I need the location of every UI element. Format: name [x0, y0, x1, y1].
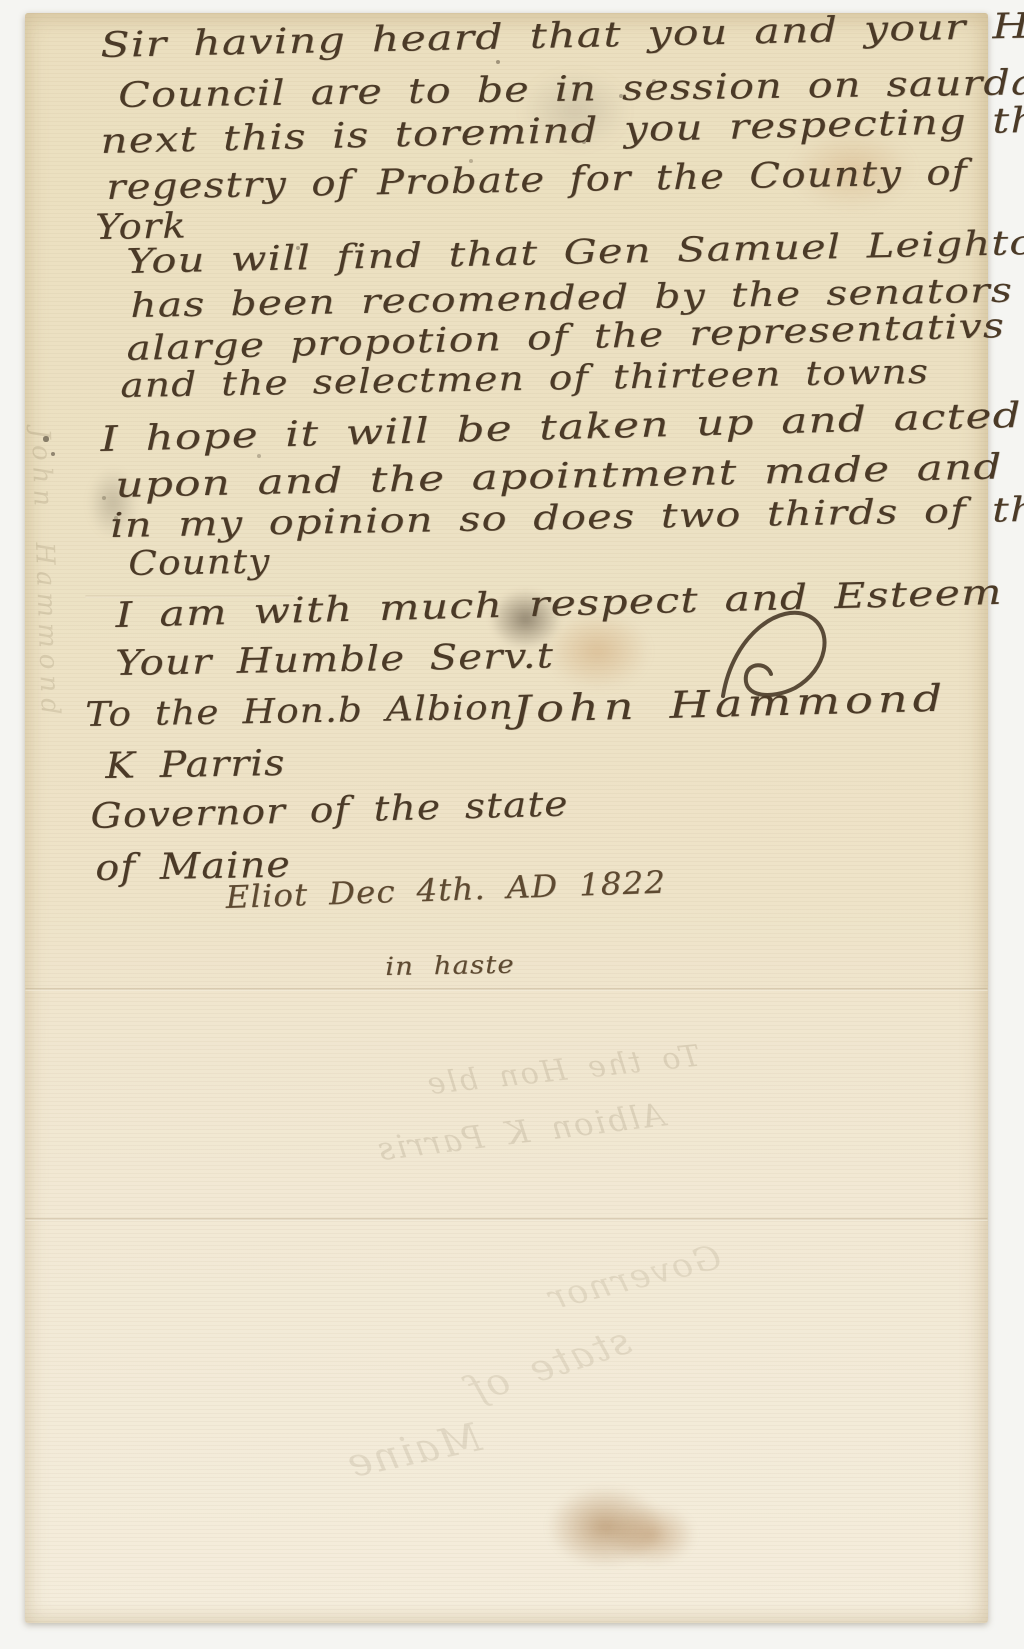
- address-line: Governor of the state: [90, 784, 569, 837]
- bleedthrough-address-line: state of: [462, 1318, 636, 1412]
- ink-specks: [25, 13, 27, 15]
- bleedthrough-address-line: To the Hon ble: [424, 1039, 702, 1103]
- bleedthrough-address-line: Governor: [543, 1237, 725, 1319]
- letter-line: I am with much respect and Esteem: [115, 573, 1003, 636]
- fold-crease: [25, 1218, 988, 1221]
- fold-crease: [25, 988, 988, 991]
- signature: John Hammond: [512, 677, 948, 731]
- letter-line: County: [128, 542, 271, 584]
- letter-line: Your Humble Serv.t: [115, 636, 554, 684]
- postscript: in haste: [385, 950, 515, 981]
- bleedthrough-docket: John Hammond: [25, 428, 65, 721]
- letter-page: John Hammond To the Hon ble Albion K Par…: [25, 13, 988, 1623]
- bleedthrough-address-line: Maine: [342, 1414, 486, 1487]
- dateline: Eliot Dec 4th. AD 1822: [225, 865, 667, 916]
- address-line: K Parris: [105, 743, 286, 787]
- stain-bottom: [548, 1487, 663, 1567]
- address-line: To the Hon.b Albion: [85, 688, 514, 735]
- bleedthrough-address-line: Albion K Parris: [374, 1095, 667, 1168]
- stain-bottom-2: [610, 1505, 695, 1565]
- scanner-background: John Hammond To the Hon ble Albion K Par…: [0, 0, 1024, 1649]
- letter-line: regestry of Probate for the County of: [106, 153, 968, 208]
- letter-line: Sir having heard that you and your Hon: [100, 5, 1024, 66]
